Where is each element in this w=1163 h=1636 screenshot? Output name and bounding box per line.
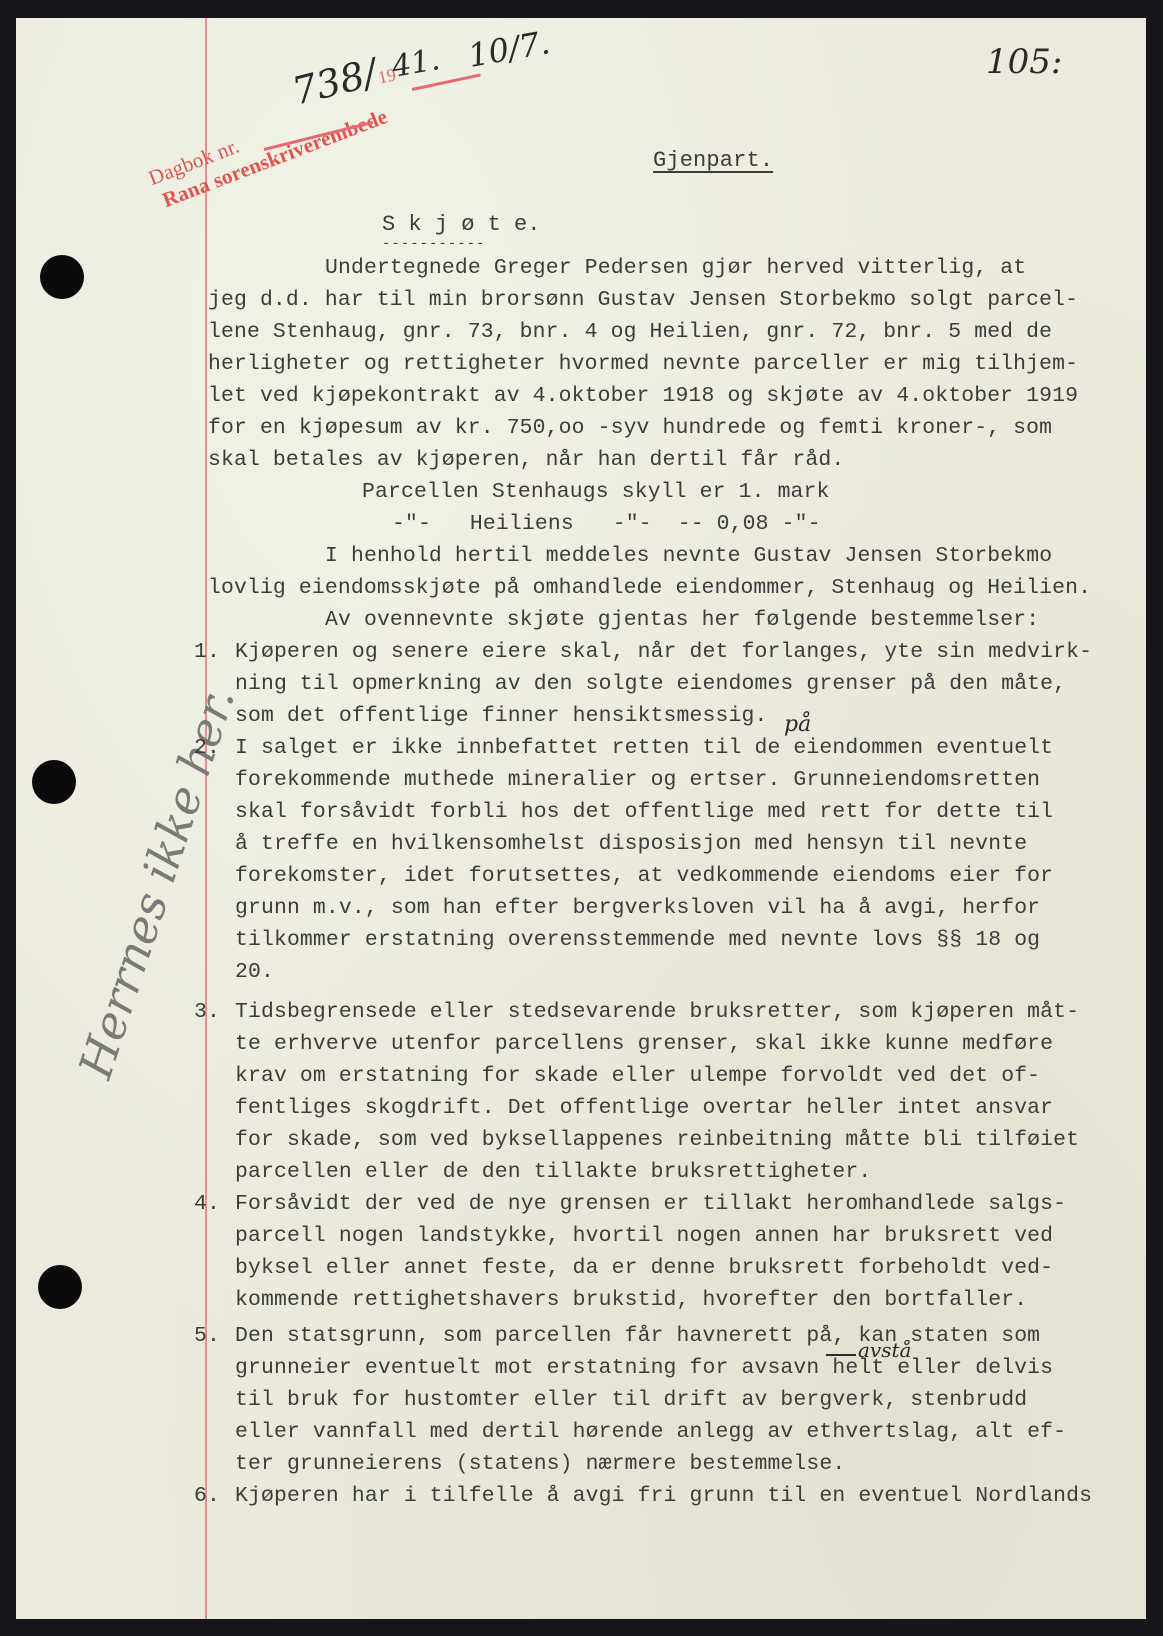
provision-line: grunn m.v., som han efter bergverksloven… xyxy=(235,896,1040,920)
provision-line: Kjøperen og senere eiere skal, når det f… xyxy=(235,640,1092,664)
provision-number: 1. xyxy=(194,640,220,664)
body-line: jeg d.d. har til min brorsønn Gustav Jen… xyxy=(208,288,1078,312)
handwritten-dagbok-number: 738/ xyxy=(288,50,381,113)
handwritten-date: 10/7. xyxy=(465,23,552,75)
body-line: Undertegnede Greger Pedersen gjør herved… xyxy=(325,256,1026,280)
document-title: S k j ø t e. xyxy=(382,212,540,237)
provision-line: skal forsåvidt forbli hos det offentlige… xyxy=(235,800,1053,824)
provision-line: som det offentlige finner hensiktsmessig… xyxy=(235,704,767,728)
provision-line: for skade, som ved byksellappenes reinbe… xyxy=(235,1128,1079,1152)
punch-hole-bottom xyxy=(38,1265,82,1309)
body-line: lene Stenhaug, gnr. 73, bnr. 4 og Heilie… xyxy=(208,320,1052,344)
provision-line: parcell nogen landstykke, hvortil nogen … xyxy=(235,1224,1053,1248)
provision-line: fentliges skogdrift. Det offentlige over… xyxy=(235,1096,1053,1120)
body-line: skal betales av kjøperen, når han dertil… xyxy=(208,448,844,472)
document-page: Dagbok nr. Rana sorenskriverembede 19 73… xyxy=(16,18,1146,1619)
provision-number: 3. xyxy=(194,1000,220,1024)
provision-line: til bruk for hustomter eller til drift a… xyxy=(235,1388,1027,1412)
body-line: herligheter og rettigheter hvormed nevnt… xyxy=(208,352,1078,376)
provision-number: 6. xyxy=(194,1484,220,1508)
provision-line: I salget er ikke innbefattet retten til … xyxy=(235,736,1053,760)
body-line: lovlig eiendomsskjøte på omhandlede eien… xyxy=(208,576,1091,600)
punch-hole-middle xyxy=(32,760,76,804)
body-line: I henhold hertil meddeles nevnte Gustav … xyxy=(325,544,1052,568)
body-line: let ved kjøpekontrakt av 4.oktober 1918 … xyxy=(208,384,1078,408)
provision-line: Den statsgrunn, som parcellen får havner… xyxy=(235,1324,1040,1348)
provision-line: byksel eller annet feste, da er denne br… xyxy=(235,1256,1053,1280)
provision-line: ning til opmerkning av den solgte eiendo… xyxy=(235,672,1066,696)
provision-line: kommende rettighetshavers brukstid, hvor… xyxy=(235,1288,1027,1312)
provision-line: Tidsbegrensede eller stedsevarende bruks… xyxy=(235,1000,1079,1024)
handwritten-insertion: på xyxy=(784,712,811,737)
tax-line-heilien: -"- Heiliens -"- -- 0,08 -"- xyxy=(392,512,821,536)
tax-line-stenhaug: Parcellen Stenhaugs skyll er 1. mark xyxy=(362,480,830,504)
provision-line: å treffe en hvilkensomhelst disposisjon … xyxy=(235,832,1027,856)
handwritten-page-number: 105: xyxy=(986,42,1062,82)
body-line: for en kjøpesum av kr. 750,oo -syv hundr… xyxy=(208,416,1052,440)
punch-hole-top xyxy=(40,255,84,299)
provision-number: 2. xyxy=(194,736,220,760)
provision-line: grunneier eventuelt mot erstatning for a… xyxy=(235,1356,1053,1380)
provision-line: forekommende muthede mineralier og ertse… xyxy=(235,768,1040,792)
body-line: Av ovennevnte skjøte gjentas her følgend… xyxy=(325,608,1039,632)
copy-label: Gjenpart. xyxy=(653,148,773,173)
provision-line: Kjøperen har i tilfelle å avgi fri grunn… xyxy=(235,1484,1092,1508)
provision-line: tilkommer erstatning overensstemmende me… xyxy=(235,928,1040,952)
provision-line: ter grunneierens (statens) nærmere beste… xyxy=(235,1452,845,1476)
provision-number: 4. xyxy=(194,1192,220,1216)
provision-line: krav om erstatning for skade eller ulemp… xyxy=(235,1064,1040,1088)
provision-line: eller vannfall med dertil hørende anlegg… xyxy=(235,1420,1066,1444)
handwritten-year: 41. xyxy=(389,42,442,85)
provision-number: 5. xyxy=(194,1324,220,1348)
provision-line: 20. xyxy=(235,960,274,984)
provision-line: Forsåvidt der ved de nye grensen er till… xyxy=(235,1192,1066,1216)
provision-line: parcellen eller de den tillakte bruksret… xyxy=(235,1160,871,1184)
provision-line: forekomster, idet forutsettes, at vedkom… xyxy=(235,864,1053,888)
title-underline: ----------- xyxy=(382,236,485,252)
provision-line: te erhverve utenfor parcellens grenser, … xyxy=(235,1032,1053,1056)
